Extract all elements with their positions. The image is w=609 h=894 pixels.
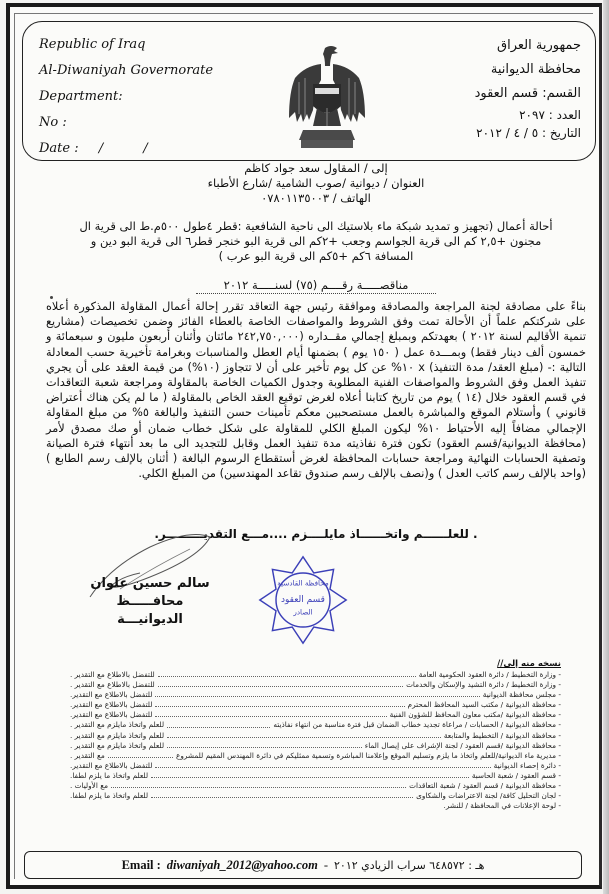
- cc-item: - لوحة الإعلانات في المحافظة / للنشر.: [70, 801, 561, 811]
- department-label-en: Department:: [39, 84, 213, 110]
- cc-item: - وزارة التخطيط / دائرة العقود الحكومية …: [70, 670, 561, 680]
- cc-list: - وزارة التخطيط / دائرة العقود الحكومية …: [70, 670, 561, 811]
- cc-item: - وزارة التخطيط / دائرة التشيد والإسكان …: [70, 680, 561, 690]
- footer-contact-box: Email : diwaniyah_2012@yahoo.com - هـ : …: [24, 851, 582, 879]
- number-row-ar: العدد : ٢٠٩٧: [475, 106, 581, 124]
- country-ar: جمهورية العراق: [475, 34, 581, 58]
- addressee-to: إلى / المقاول سعد جواد كاظم: [46, 161, 586, 176]
- footer-arabic: هـ : ٦٤٨٥٧٢ سراب الزيادي ٢٠١٢: [334, 859, 484, 872]
- cc-title: نسخه منه إلى//: [497, 659, 561, 669]
- number-label-ar: العدد :: [549, 108, 581, 122]
- addressee-phone: الهاتف / ٠٧٨٠١١٣٥٠٠٣: [46, 191, 586, 206]
- official-stamp-icon: محافظة القادسية قسم العقود الصادر: [258, 555, 348, 645]
- tender-number: مناقصـــــة رقــــم (٧٥) لسنـــــة ٢٠١٢: [46, 278, 586, 292]
- signatory-title: محافـــــظ الديوانيـــة: [90, 593, 210, 629]
- date-row-ar: التاريخ : ٥ / ٤ / ٢٠١٢: [475, 124, 581, 142]
- subject-line-3: المسافة ٦كم +٥كم الى قرية البو عرب ): [46, 249, 586, 264]
- letterhead-english: Republic of Iraq Al-Diwaniyah Governorat…: [39, 32, 213, 162]
- cc-item: - محافظة الديوانية /مكتب معاون المحافظ ل…: [70, 710, 561, 720]
- cc-item: - محافظة الديوانية / الحسابات / مراعاة ت…: [70, 720, 561, 730]
- subject-block: أحالة أعمال (تجهيز و تمديد شبكة ماء بلاس…: [46, 219, 586, 264]
- svg-text:الصادر: الصادر: [292, 607, 312, 616]
- cc-item: - محافظة الديوانية / مكتب السيد المحافظ …: [70, 700, 561, 710]
- date-label-ar: التاريخ :: [542, 126, 581, 140]
- letterhead-arabic: جمهورية العراق محافظة الديوانية القسم: ق…: [475, 34, 581, 142]
- letterhead: Republic of Iraq Al-Diwaniyah Governorat…: [22, 21, 596, 161]
- subject-line-1: أحالة أعمال (تجهيز و تمديد شبكة ماء بلاس…: [46, 219, 586, 234]
- addressee-address: العنوان / ديوانية /صوب الشامية /شارع الأ…: [46, 176, 586, 191]
- signatory-name: سالم حسين علوان: [90, 575, 210, 593]
- date-label-en: Date :: [39, 141, 79, 156]
- addressee-block: إلى / المقاول سعد جواد كاظم العنوان / دي…: [46, 161, 586, 206]
- cc-item: - مجلس محافظة الديوانيةللتفضل بالاطلاع م…: [70, 690, 561, 700]
- scan-edge: [603, 0, 609, 894]
- letter-page: Republic of Iraq Al-Diwaniyah Governorat…: [6, 3, 602, 889]
- svg-text:قسم العقود: قسم العقود: [281, 595, 325, 605]
- cc-item: - قسم العقود / شعبة الحاسبةللعلم واتخاذ …: [70, 771, 561, 781]
- cc-item: - مديرية ماء الديوانية/للعلم واتخاذ ما ي…: [70, 751, 561, 761]
- subject-line-2: مجنون +٢,٥ كم الى قرية الجواسم وجعب +٢كم…: [46, 234, 586, 249]
- footer-separator: -: [324, 858, 328, 873]
- iraq-eagle-emblem-icon: [277, 38, 377, 154]
- dotted-divider: [196, 293, 436, 294]
- cc-item: - دائرة إحصاء الديوانيةللتفضل بالاطلاع م…: [70, 761, 561, 771]
- date-row-en: Date : / /: [39, 136, 213, 162]
- cc-item: - محافظة الديوانية / قسم العقود / شعبة ا…: [70, 781, 561, 791]
- number-value-ar: ٢٠٩٧: [519, 108, 545, 122]
- svg-text:محافظة القادسية: محافظة القادسية: [277, 579, 329, 588]
- governorate-ar: محافظة الديوانية: [475, 58, 581, 82]
- number-label-en: No :: [39, 110, 213, 136]
- governorate-en: Al-Diwaniyah Governorate: [39, 58, 213, 84]
- cc-item: - لجان التحليل كافة/ لجنة الاعتراضات وال…: [70, 791, 561, 801]
- signatory-block: سالم حسين علوان محافـــــظ الديوانيـــة: [90, 575, 210, 629]
- country-en: Republic of Iraq: [39, 32, 213, 58]
- date-value-en: / /: [99, 136, 166, 162]
- email-link[interactable]: diwaniyah_2012@yahoo.com: [167, 858, 318, 873]
- cc-item: - محافظة الديوانية / التخطيط والمتابعةلل…: [70, 731, 561, 741]
- email-label: Email :: [122, 858, 161, 873]
- date-value-ar: ٥ / ٤ / ٢٠١٢: [476, 126, 538, 140]
- body-paragraph: بناءً على مصادقة لجنة المراجعة والمصادقة…: [46, 299, 586, 481]
- department-ar: القسم: قسم العقود: [475, 82, 581, 106]
- cc-item: - محافظة الديوانية /قسم العقود / لجنة ال…: [70, 741, 561, 751]
